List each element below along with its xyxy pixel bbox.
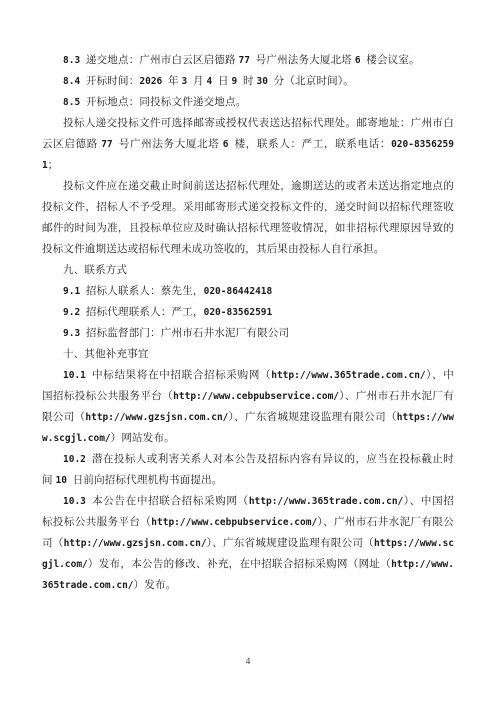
document-body: 8.3 递交地点：广州市白云区启德路 77 号广州法务大厦北塔 6 楼会议室。 … <box>42 50 454 596</box>
mailing-instructions: 投标人递交投标文件可选择邮寄或授权代表送达招标代理处。邮寄地址：广州市白云区启德… <box>42 113 454 176</box>
clause-9-2-agency-contact: 9.2 招标代理联系人：严工，020-83562591 <box>42 302 454 323</box>
clause-9-1-tenderer-contact: 9.1 招标人联系人：蔡先生，020-86442418 <box>42 281 454 302</box>
clause-10-1-result-publication: 10.1 中标结果将在中招联合招标采购网（http://www.365trade… <box>42 365 454 449</box>
clause-8-3-delivery-place: 8.3 递交地点：广州市白云区启德路 77 号广州法务大厦北塔 6 楼会议室。 <box>42 50 454 71</box>
document-page: 8.3 递交地点：广州市白云区启德路 77 号广州法务大厦北塔 6 楼会议室。 … <box>0 0 496 702</box>
late-delivery-terms: 投标文件应在递交截止时间前送达招标代理处，逾期送达的或者未送达指定地点的投标文件… <box>42 176 454 260</box>
clause-9-3-supervision-dept: 9.3 招标监督部门：广州市石井水泥厂有限公司 <box>42 323 454 344</box>
clause-10-2-objection-terms: 10.2 潜在投标人或利害关系人对本公告及招标内容有异议的，应当在投标截止时间 … <box>42 449 454 491</box>
clause-10-3-announcement-publication: 10.3 本公告在中招联合招标采购网（http://www.365trade.c… <box>42 491 454 596</box>
section-9-heading: 九、联系方式 <box>42 260 454 281</box>
section-10-heading: 十、其他补充事宜 <box>42 344 454 365</box>
clause-8-4-bid-opening-time: 8.4 开标时间：2026 年 3 月 4 日 9 时 30 分（北京时间）。 <box>42 71 454 92</box>
clause-8-5-bid-opening-place: 8.5 开标地点：同投标文件递交地点。 <box>42 92 454 113</box>
page-number: 4 <box>0 656 496 666</box>
